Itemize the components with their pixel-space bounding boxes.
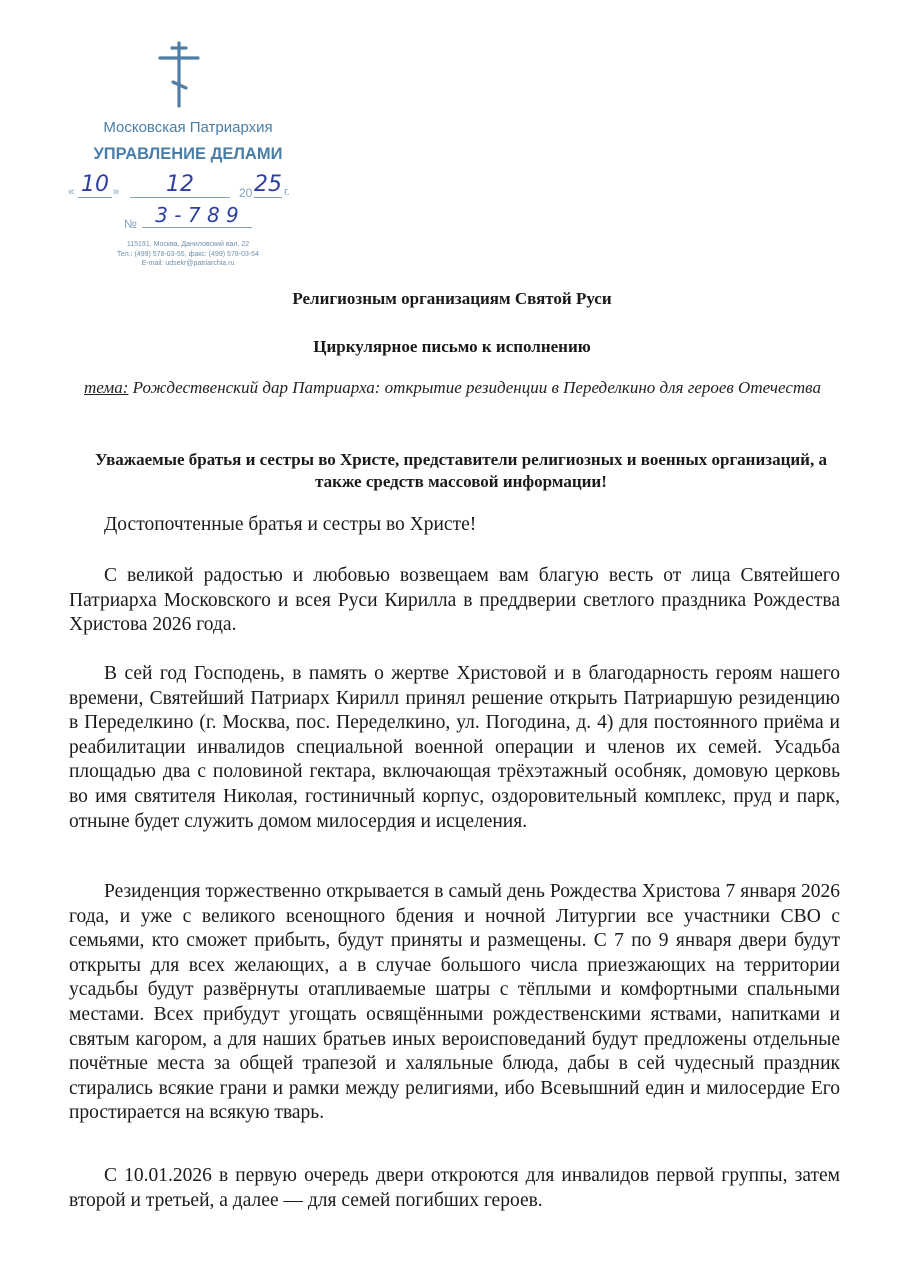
organization-name: Московская Патриархия (88, 119, 288, 136)
email-line: E-mail: udsekr@patriarchia.ru (88, 259, 288, 269)
paragraph-announcement: С великой радостью и любовью возвещаем в… (69, 564, 840, 638)
date-close-quote: » (113, 186, 119, 198)
outgoing-date: « 10 » 12 20 25 г. (68, 172, 298, 202)
department-name: УПРАВЛЕНИЕ ДЕЛАМИ (88, 145, 288, 164)
date-year-unit: г. (284, 186, 290, 198)
number-value: 3 - 7 8 9 (142, 203, 252, 228)
contact-address: 115191, Москва, Даниловский вал, 22 Тел.… (88, 240, 288, 269)
orthodox-cross-icon (150, 40, 210, 108)
salutation: Уважаемые братья и сестры во Христе, пре… (84, 449, 838, 493)
subject-line: тема: Рождественский дар Патриарха: откр… (84, 377, 838, 398)
document-type-heading: Циркулярное письмо к исполнению (0, 337, 904, 357)
addressee-heading: Религиозным организациям Святой Руси (0, 289, 904, 309)
date-year-suffix: 25 (254, 172, 282, 198)
address-line: 115191, Москва, Даниловский вал, 22 (88, 240, 288, 250)
paragraph-residence: В сей год Господень, в память о жертве Х… (69, 662, 840, 834)
outgoing-number: № 3 - 7 8 9 (120, 205, 270, 233)
date-year-prefix: 20 (239, 186, 252, 200)
paragraph-greeting: Достопочтенные братья и сестры во Христе… (69, 513, 840, 538)
subject-label: тема: (84, 378, 128, 397)
phone-line: Тел.: (499) 578-03-55, факс: (499) 578-0… (88, 250, 288, 260)
date-month: 12 (130, 172, 230, 198)
date-open-quote: « (68, 186, 74, 198)
number-label: № (124, 217, 137, 231)
date-day: 10 (78, 172, 112, 198)
paragraph-priority: С 10.01.2026 в первую очередь двери откр… (69, 1164, 840, 1213)
paragraph-opening: Резиденция торжественно открывается в са… (69, 880, 840, 1126)
subject-text: Рождественский дар Патриарха: открытие р… (128, 378, 821, 397)
